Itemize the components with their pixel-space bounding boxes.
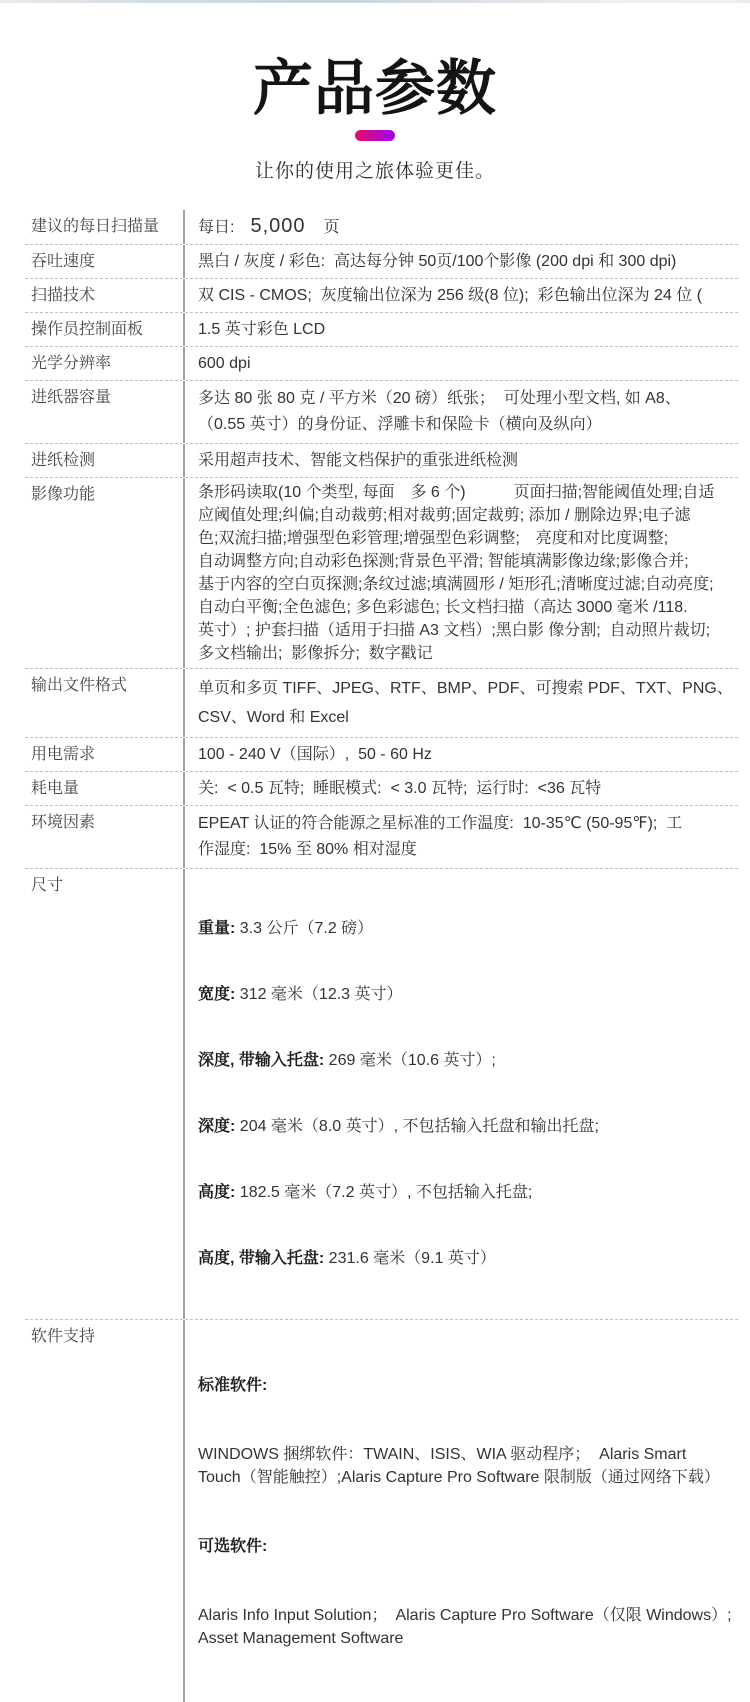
spec-value: 600 dpi (183, 347, 738, 380)
dimension-line-height: 高度: 182.5 毫米（7.2 英寸）, 不包括输入托盘; (198, 1182, 738, 1204)
spec-row-power-requirements: 用电需求 100 - 240 V（国际）, 50 - 60 Hz (25, 738, 738, 772)
spec-label: 环境因素 (25, 806, 183, 868)
spec-label: 进纸器容量 (25, 381, 183, 443)
page-header: 产品参数 让你的使用之旅体验更佳。 (0, 53, 750, 183)
spec-row-scan-technology: 扫描技术 双 CIS - CMOS; 灰度输出位深为 256 级(8 位); 彩… (25, 279, 738, 313)
spec-label: 操作员控制面板 (25, 313, 183, 346)
spec-value: EPEAT 认证的符合能源之星标准的工作温度: 10-35℃ (50-95℉);… (183, 806, 738, 868)
software-standard-list: WINDOWS 捆绑软件：TWAIN、ISIS、WIA 驱动程序； Alaris… (198, 1443, 738, 1489)
spec-value: 黑白 / 灰度 / 彩色: 高达每分钟 50页/100个影像 (200 dpi … (183, 245, 738, 278)
spec-row-software-support: 软件支持 标准软件: WINDOWS 捆绑软件：TWAIN、ISIS、WIA 驱… (25, 1320, 738, 1702)
spec-row-dimensions: 尺寸 重量: 3.3 公斤（7.2 磅） 宽度: 312 毫米（12.3 英寸）… (25, 869, 738, 1320)
spec-value: 100 - 240 V（国际）, 50 - 60 Hz (183, 738, 738, 771)
spec-label: 吞吐速度 (25, 245, 183, 278)
software-optional-heading: 可选软件: (198, 1535, 738, 1558)
spec-value: 每日:5,000页 (183, 210, 738, 244)
spec-value: 条形码读取(10 个类型, 每面 多 6 个) 页面扫描;智能阈值处理;自适 应… (183, 478, 738, 668)
spec-label: 软件支持 (25, 1320, 183, 1702)
spec-value: 双 CIS - CMOS; 灰度输出位深为 256 级(8 位); 彩色输出位深… (183, 279, 738, 312)
spec-value: 多达 80 张 80 克 / 平方米（20 磅）纸张； 可处理小型文档, 如 A… (183, 381, 738, 443)
spec-row-output-formats: 输出文件格式 单页和多页 TIFF、JPEG、RTF、BMP、PDF、可搜索 P… (25, 669, 738, 738)
spec-row-control-panel: 操作员控制面板 1.5 英寸彩色 LCD (25, 313, 738, 347)
spec-label: 输出文件格式 (25, 669, 183, 737)
spec-label: 建议的每日扫描量 (25, 210, 183, 244)
daily-count: 5,000 (250, 215, 305, 237)
spec-label: 光学分辨率 (25, 347, 183, 380)
spec-label: 尺寸 (25, 869, 183, 1319)
spec-row-feeder-capacity: 进纸器容量 多达 80 张 80 克 / 平方米（20 磅）纸张； 可处理小型文… (25, 381, 738, 444)
spec-label: 进纸检测 (25, 444, 183, 477)
spec-row-daily-volume: 建议的每日扫描量 每日:5,000页 (25, 210, 738, 245)
spec-value: 1.5 英寸彩色 LCD (183, 313, 738, 346)
page-title: 产品参数 (0, 53, 750, 125)
daily-unit: 页 (324, 219, 340, 236)
spec-value: 重量: 3.3 公斤（7.2 磅） 宽度: 312 毫米（12.3 英寸） 深度… (183, 869, 738, 1319)
spec-label: 影像功能 (25, 478, 183, 668)
spec-label: 用电需求 (25, 738, 183, 771)
dimension-line-depth-with-tray: 深度, 带输入托盘: 269 毫米（10.6 英寸）; (198, 1050, 738, 1072)
spec-value: 单页和多页 TIFF、JPEG、RTF、BMP、PDF、可搜索 PDF、TXT、… (183, 669, 738, 737)
spec-row-optical-resolution: 光学分辨率 600 dpi (25, 347, 738, 381)
spec-row-imaging-features: 影像功能 条形码读取(10 个类型, 每面 多 6 个) 页面扫描;智能阈值处理… (25, 478, 738, 669)
dimension-line-depth: 深度: 204 毫米（8.0 英寸）, 不包括输入托盘和输出托盘; (198, 1116, 738, 1138)
spec-row-throughput: 吞吐速度 黑白 / 灰度 / 彩色: 高达每分钟 50页/100个影像 (200… (25, 245, 738, 279)
dimension-line-width: 宽度: 312 毫米（12.3 英寸） (198, 984, 738, 1006)
spec-row-feed-detection: 进纸检测 采用超声技术、智能文档保护的重张进纸检测 (25, 444, 738, 478)
dimension-line-weight: 重量: 3.3 公斤（7.2 磅） (198, 918, 738, 940)
spec-row-power-consumption: 耗电量 关: < 0.5 瓦特; 睡眠模式: < 3.0 瓦特; 运行时: <3… (25, 772, 738, 806)
dimension-line-height-with-tray: 高度, 带输入托盘: 231.6 毫米（9.1 英寸） (198, 1248, 738, 1270)
daily-prefix: 每日: (198, 219, 234, 236)
spec-label: 扫描技术 (25, 279, 183, 312)
software-optional-list: Alaris Info Input Solution； Alaris Captu… (198, 1604, 738, 1650)
accent-divider (355, 130, 395, 141)
spec-value: 标准软件: WINDOWS 捆绑软件：TWAIN、ISIS、WIA 驱动程序； … (183, 1320, 738, 1702)
spec-label: 耗电量 (25, 772, 183, 805)
spec-value: 采用超声技术、智能文档保护的重张进纸检测 (183, 444, 738, 477)
spec-table: 建议的每日扫描量 每日:5,000页 吞吐速度 黑白 / 灰度 / 彩色: 高达… (25, 210, 738, 1702)
page-subtitle: 让你的使用之旅体验更佳。 (0, 156, 750, 183)
spec-value: 关: < 0.5 瓦特; 睡眠模式: < 3.0 瓦特; 运行时: <36 瓦特 (183, 772, 738, 805)
top-border-strip (0, 0, 750, 3)
spec-row-environment: 环境因素 EPEAT 认证的符合能源之星标准的工作温度: 10-35℃ (50-… (25, 806, 738, 869)
software-standard-heading: 标准软件: (198, 1374, 738, 1397)
